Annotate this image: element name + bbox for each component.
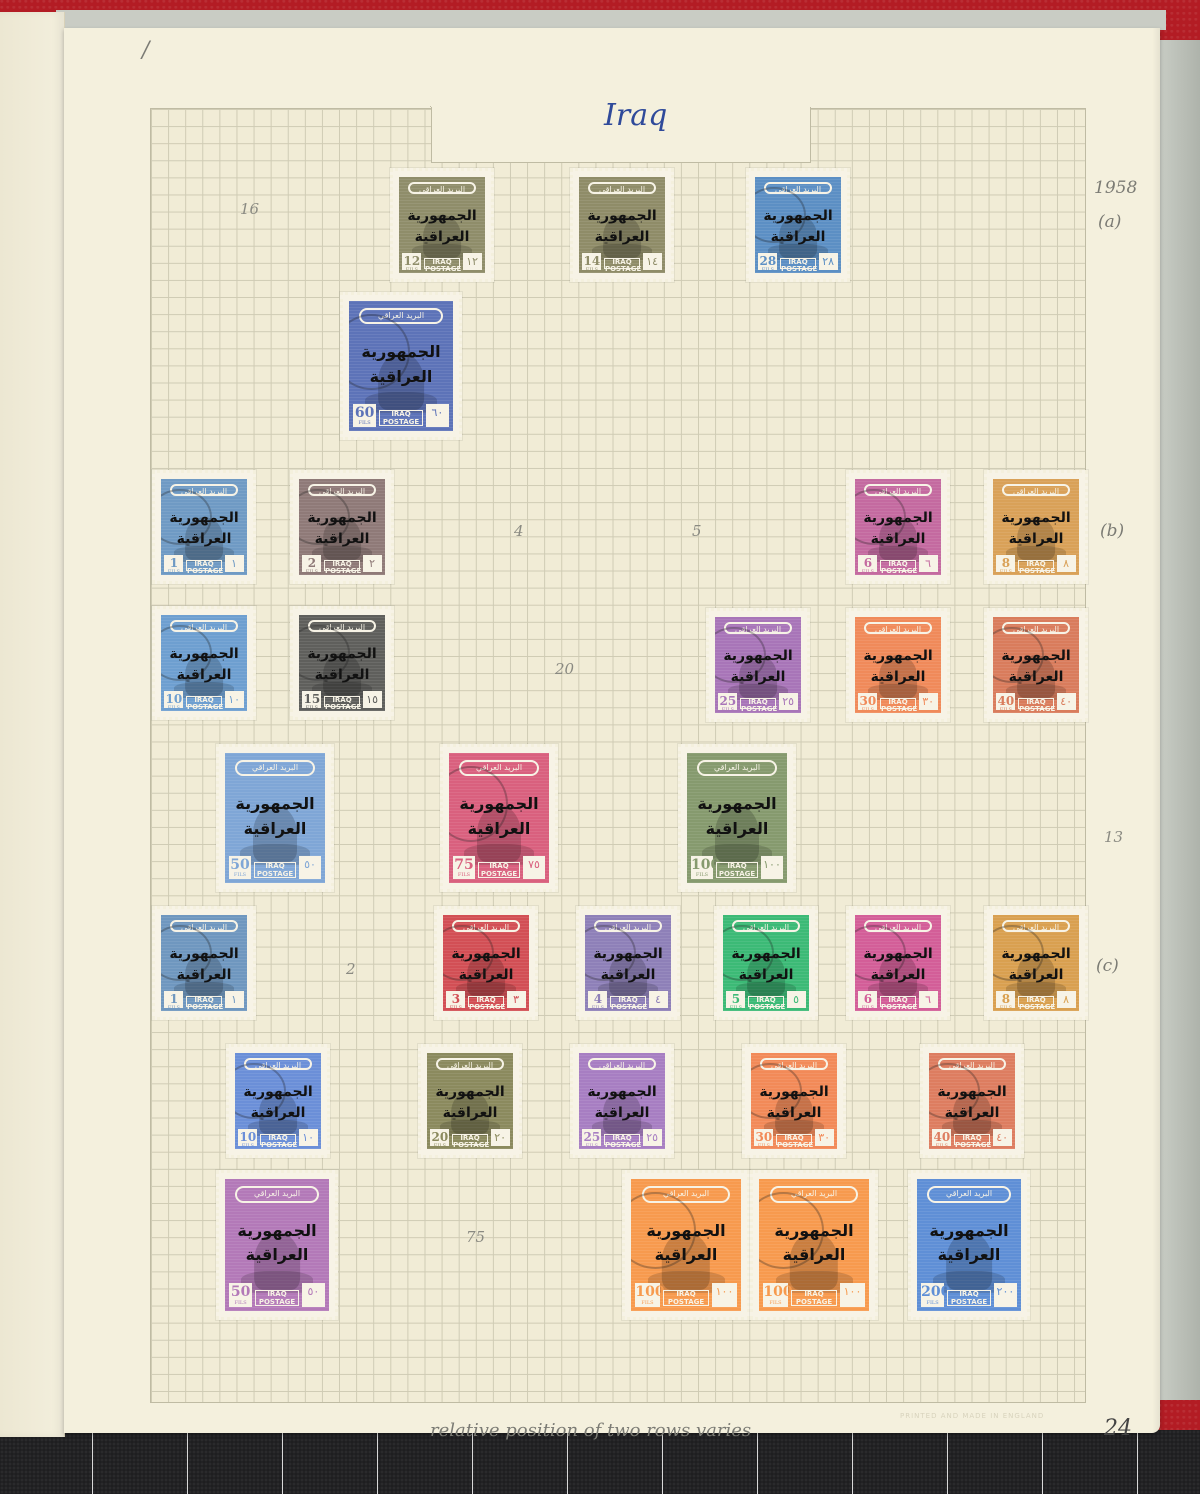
stamp-design: البريد العراقي الجمهوريةالعراقية 50FILS … [225, 753, 325, 883]
stamp-design: البريد العراقي الجمهوريةالعراقية 75FILS … [449, 753, 549, 883]
iraq-postage-label: IRAQPOSTAGE [780, 258, 816, 270]
stamp-6-fils: البريد العراقي الجمهوريةالعراقية 6FILS I… [846, 470, 950, 584]
value-latin: 8FILS [996, 555, 1015, 572]
stamp-25-fils: البريد العراقي الجمهوريةالعراقية 25FILS … [570, 1044, 674, 1158]
republic-overprint: الجمهوريةالعراقية [858, 646, 937, 689]
value-latin: 5FILS [726, 991, 745, 1008]
iraq-postage-label: IRAQPOSTAGE [716, 862, 758, 878]
stamp-design: البريد العراقي الجمهوريةالعراقية 25FILS … [715, 617, 801, 713]
value-latin: 75FILS [453, 856, 475, 879]
stamp-design: البريد العراقي الجمهوريةالعراقية 10FILS … [235, 1053, 321, 1149]
stamp-8-fils: البريد العراقي الجمهوريةالعراقية 8FILS I… [984, 470, 1088, 584]
iraq-postage-label: IRAQPOSTAGE [324, 560, 360, 572]
stamp-design: البريد العراقي الجمهوريةالعراقية 14FILS … [579, 177, 665, 273]
value-latin: 15FILS [302, 691, 321, 708]
value-arabic: ١ [225, 991, 244, 1008]
value-arabic: ١٢ [463, 253, 482, 270]
iraq-postage-label: IRAQPOSTAGE [186, 560, 222, 572]
value-latin: 12FILS [402, 253, 421, 270]
value-latin: 25FILS [718, 693, 737, 710]
value-latin: 10FILS [238, 1129, 257, 1146]
stamp-15-fils: البريد العراقي الجمهوريةالعراقية 15FILS … [290, 606, 394, 720]
republic-overprint: الجمهوريةالعراقية [430, 1082, 509, 1125]
pencil-count-75: 75 [466, 1228, 485, 1246]
stamp-10-fils: البريد العراقي الجمهوريةالعراقية 10FILS … [226, 1044, 330, 1158]
value-arabic: ٢٥ [779, 693, 798, 710]
stamp-banner: البريد العراقي [235, 760, 315, 777]
value-latin: 4FILS [588, 991, 607, 1008]
stamp-14-fils: البريد العراقي الجمهوريةالعراقية 14FILS … [570, 168, 674, 282]
stamp-30-fils: البريد العراقي الجمهوريةالعراقية 30FILS … [846, 608, 950, 722]
stamp-design: البريد العراقي الجمهوريةالعراقية 2FILS I… [299, 479, 385, 575]
iraq-postage-label: IRAQPOSTAGE [604, 1134, 640, 1146]
stamp-design: البريد العراقي الجمهوريةالعراقية 3FILS I… [443, 915, 529, 1011]
value-arabic: ٨ [1057, 991, 1076, 1008]
stamp-design: البريد العراقي الجمهوريةالعراقية 8FILS I… [993, 479, 1079, 575]
stamp-design: البريد العراقي الجمهوريةالعراقية 6FILS I… [855, 479, 941, 575]
stamp-30-fils: البريد العراقي الجمهوريةالعراقية 30FILS … [742, 1044, 846, 1158]
section-label-b: (b) [1100, 521, 1124, 541]
stamp-design: البريد العراقي الجمهوريةالعراقية 8FILS I… [993, 915, 1079, 1011]
value-latin: 2FILS [302, 555, 321, 572]
iraq-postage-label: IRAQPOSTAGE [255, 1290, 299, 1306]
iraq-postage-label: IRAQPOSTAGE [880, 560, 916, 572]
iraq-postage-label: IRAQPOSTAGE [478, 862, 520, 878]
value-arabic: ٤٠ [993, 1129, 1012, 1146]
republic-overprint: الجمهوريةالعراقية [582, 206, 661, 249]
value-latin: 14FILS [582, 253, 601, 270]
value-arabic: ١٠ [225, 691, 244, 708]
value-latin: 3FILS [446, 991, 465, 1008]
stamp-design: البريد العراقي الجمهوريةالعراقية 100FILS… [759, 1179, 869, 1311]
republic-overprint: الجمهوريةالعراقية [229, 1219, 325, 1269]
value-arabic: ٦٠ [426, 404, 449, 427]
interleaf-right-edge [1160, 40, 1200, 1400]
printer-imprint: PRINTED AND MADE IN ENGLAND [900, 1412, 1044, 1420]
stamp-50-fils: البريد العراقي الجمهوريةالعراقية 50FILS … [216, 744, 334, 892]
stamp-design: البريد العراقي الجمهوريةالعراقية 28FILS … [755, 177, 841, 273]
stamp-8-fils: البريد العراقي الجمهوريةالعراقية 8FILS I… [984, 906, 1088, 1020]
value-arabic: ٢٠٠ [994, 1283, 1017, 1307]
value-arabic: ١ [225, 555, 244, 572]
stamp-60-fils: البريد العراقي الجمهوريةالعراقية 60FILS … [340, 292, 462, 440]
value-arabic: ٢٥ [643, 1129, 662, 1146]
republic-overprint: الجمهوريةالعراقية [582, 1082, 661, 1125]
iraq-postage-label: IRAQPOSTAGE [468, 996, 504, 1008]
stamp-design: البريد العراقي الجمهوريةالعراقية 30FILS … [751, 1053, 837, 1149]
iraq-postage-label: IRAQPOSTAGE [740, 698, 776, 710]
stamp-75-fils: البريد العراقي الجمهوريةالعراقية 75FILS … [440, 744, 558, 892]
stamp-design: البريد العراقي الجمهوريةالعراقية 60FILS … [349, 301, 453, 431]
stamp-banner: البريد العراقي [697, 760, 777, 777]
value-latin: 6FILS [858, 555, 877, 572]
stamp-design: البريد العراقي الجمهوريةالعراقية 20FILS … [427, 1053, 513, 1149]
stamp-design: البريد العراقي الجمهوريةالعراقية 40FILS … [929, 1053, 1015, 1149]
value-arabic: ٦ [919, 555, 938, 572]
republic-overprint: الجمهوريةالعراقية [402, 206, 481, 249]
value-arabic: ٣ [507, 991, 526, 1008]
stamp-6-fils: البريد العراقي الجمهوريةالعراقية 6FILS I… [846, 906, 950, 1020]
value-latin: 50FILS [229, 856, 251, 879]
iraq-postage-label: IRAQPOSTAGE [452, 1134, 488, 1146]
stamp-10-fils: البريد العراقي الجمهوريةالعراقية 10FILS … [152, 606, 256, 720]
value-latin: 6FILS [858, 991, 877, 1008]
value-latin: 100FILS [691, 856, 713, 879]
stamp-4-fils: البريد العراقي الجمهوريةالعراقية 4FILS I… [576, 906, 680, 1020]
stamp-design: البريد العراقي الجمهوريةالعراقية 5FILS I… [723, 915, 809, 1011]
iraq-postage-label: IRAQPOSTAGE [604, 258, 640, 270]
stamp-design: البريد العراقي الجمهوريةالعراقية 200FILS… [917, 1179, 1021, 1311]
stamp-5-fils: البريد العراقي الجمهوريةالعراقية 5FILS I… [714, 906, 818, 1020]
stamp-40-fils: البريد العراقي الجمهوريةالعراقية 40FILS … [920, 1044, 1024, 1158]
iraq-postage-label: IRAQPOSTAGE [424, 258, 460, 270]
republic-overprint: الجمهوريةالعراقية [921, 1219, 1017, 1269]
stamp-design: البريد العراقي الجمهوريةالعراقية 15FILS … [299, 615, 385, 711]
value-arabic: ٢٠ [491, 1129, 510, 1146]
stamp-25-fils: البريد العراقي الجمهوريةالعراقية 25FILS … [706, 608, 810, 722]
section-label-a: (a) [1098, 212, 1121, 232]
iraq-postage-label: IRAQPOSTAGE [260, 1134, 296, 1146]
page-corner-mark: / [142, 38, 149, 63]
iraq-postage-label: IRAQPOSTAGE [610, 996, 646, 1008]
value-arabic: ١٠٠ [761, 856, 783, 879]
iraq-postage-label: IRAQPOSTAGE [791, 1290, 837, 1306]
value-latin: 100FILS [763, 1283, 787, 1307]
value-arabic: ٢٨ [819, 253, 838, 270]
stamp-banner: البريد العراقي [927, 1186, 1010, 1203]
value-arabic: ٢ [363, 555, 382, 572]
stamp-100-fils: البريد العراقي الجمهوريةالعراقية 100FILS… [750, 1170, 878, 1320]
stamp-design: البريد العراقي الجمهوريةالعراقية 6FILS I… [855, 915, 941, 1011]
value-latin: 40FILS [932, 1129, 951, 1146]
stamp-design: البريد العراقي الجمهوريةالعراقية 1FILS I… [161, 479, 247, 575]
iraq-postage-label: IRAQPOSTAGE [1018, 560, 1054, 572]
stamp-200-fils: البريد العراقي الجمهوريةالعراقية 200FILS… [908, 1170, 1030, 1320]
value-arabic: ١٥ [363, 691, 382, 708]
iraq-postage-label: IRAQPOSTAGE [1018, 698, 1054, 710]
previous-page-edge [0, 12, 65, 1437]
value-arabic: ١٠٠ [712, 1283, 736, 1307]
stamp-3-fils: البريد العراقي الجمهوريةالعراقية 3FILS I… [434, 906, 538, 1020]
pencil-count-5: 5 [692, 522, 702, 540]
stamp-design: البريد العراقي الجمهوريةالعراقية 10FILS … [161, 615, 247, 711]
value-arabic: ٥٠ [302, 1283, 325, 1307]
stamp-design: البريد العراقي الجمهوريةالعراقية 12FILS … [399, 177, 485, 273]
iraq-postage-label: IRAQPOSTAGE [748, 996, 784, 1008]
value-latin: 8FILS [996, 991, 1015, 1008]
iraq-postage-label: IRAQPOSTAGE [663, 1290, 709, 1306]
stamp-banner: البريد العراقي [864, 622, 933, 634]
stamp-40-fils: البريد العراقي الجمهوريةالعراقية 40FILS … [984, 608, 1088, 722]
stamp-banner: البريد العراقي [1002, 484, 1071, 496]
interleaf-top-edge [56, 10, 1166, 30]
stamp-design: البريد العراقي الجمهوريةالعراقية 4FILS I… [585, 915, 671, 1011]
value-latin: 1FILS [164, 991, 183, 1008]
stamp-50-fils: البريد العراقي الجمهوريةالعراقية 50FILS … [216, 1170, 338, 1320]
value-arabic: ٥٠ [299, 856, 321, 879]
stamp-design: البريد العراقي الجمهوريةالعراقية 100FILS… [687, 753, 787, 883]
country-heading: Iraq [604, 98, 667, 133]
pencil-count-2: 2 [346, 960, 356, 978]
stamp-banner: البريد العراقي [588, 1058, 657, 1070]
value-latin: 50FILS [229, 1283, 252, 1307]
value-arabic: ٣٠ [919, 693, 938, 710]
stamp-design: البريد العراقي الجمهوريةالعراقية 1FILS I… [161, 915, 247, 1011]
stamp-12-fils: البريد العراقي الجمهوريةالعراقية 12FILS … [390, 168, 494, 282]
stamp-design: البريد العراقي الجمهوريةالعراقية 40FILS … [993, 617, 1079, 713]
stamp-28-fils: البريد العراقي الجمهوريةالعراقية 28FILS … [746, 168, 850, 282]
iraq-postage-label: IRAQPOSTAGE [880, 698, 916, 710]
iraq-postage-label: IRAQPOSTAGE [186, 996, 222, 1008]
footer-note: relative position of two rows varies [430, 1420, 751, 1441]
value-arabic: ٤ [649, 991, 668, 1008]
value-arabic: ٤٠ [1057, 693, 1076, 710]
value-latin: 28FILS [758, 253, 777, 270]
iraq-postage-label: IRAQPOSTAGE [254, 862, 296, 878]
iraq-postage-label: IRAQPOSTAGE [954, 1134, 990, 1146]
stamp-2-fils: البريد العراقي الجمهوريةالعراقية 2FILS I… [290, 470, 394, 584]
stamp-banner: البريد العراقي [436, 1058, 505, 1070]
section-label-c: (c) [1096, 956, 1119, 976]
stamp-1-fils: البريد العراقي الجمهوريةالعراقية 1FILS I… [152, 470, 256, 584]
iraq-postage-label: IRAQPOSTAGE [776, 1134, 812, 1146]
stamp-banner: البريد العراقي [235, 1186, 318, 1203]
value-latin: 40FILS [996, 693, 1015, 710]
iraq-postage-label: IRAQPOSTAGE [947, 1290, 991, 1306]
iraq-postage-label: IRAQPOSTAGE [880, 996, 916, 1008]
pencil-count-16: 16 [240, 200, 259, 218]
year-note: 1958 [1094, 178, 1137, 198]
stamp-design: البريد العراقي الجمهوريةالعراقية 50FILS … [225, 1179, 329, 1311]
stamp-banner: البريد العراقي [588, 182, 657, 194]
stamp-design: البريد العراقي الجمهوريةالعراقية 30FILS … [855, 617, 941, 713]
iraq-postage-label: IRAQPOSTAGE [186, 696, 222, 708]
stamp-banner: البريد العراقي [408, 182, 477, 194]
value-latin: 25FILS [582, 1129, 601, 1146]
value-latin: 30FILS [858, 693, 877, 710]
value-latin: 30FILS [754, 1129, 773, 1146]
iraq-postage-label: IRAQPOSTAGE [324, 696, 360, 708]
pencil-count-20: 20 [555, 660, 574, 678]
stamp-1-fils: البريد العراقي الجمهوريةالعراقية 1FILS I… [152, 906, 256, 1020]
value-arabic: ٨ [1057, 555, 1076, 572]
value-latin: 1FILS [164, 555, 183, 572]
stamp-design: البريد العراقي الجمهوريةالعراقية 100FILS… [631, 1179, 741, 1311]
value-latin: 200FILS [921, 1283, 944, 1307]
republic-overprint: الجمهوريةالعراقية [996, 508, 1075, 551]
value-arabic: ٣٠ [815, 1129, 834, 1146]
value-latin: 10FILS [164, 691, 183, 708]
iraq-postage-label: IRAQPOSTAGE [1018, 996, 1054, 1008]
stamp-100-fils: البريد العراقي الجمهوريةالعراقية 100FILS… [622, 1170, 750, 1320]
value-latin: 60FILS [353, 404, 376, 427]
value-arabic: ١٠٠ [840, 1283, 864, 1307]
value-latin: 100FILS [635, 1283, 659, 1307]
value-arabic: ٧٥ [523, 856, 545, 879]
page-number: 24 [1104, 1416, 1132, 1441]
value-arabic: ٥ [787, 991, 806, 1008]
stamp-20-fils: البريد العراقي الجمهوريةالعراقية 20FILS … [418, 1044, 522, 1158]
stamp-100-fils: البريد العراقي الجمهوريةالعراقية 100FILS… [678, 744, 796, 892]
republic-overprint: الجمهوريةالعراقية [691, 792, 783, 842]
iraq-postage-label: IRAQPOSTAGE [379, 410, 423, 426]
republic-overprint: الجمهوريةالعراقية [229, 792, 321, 842]
value-arabic: ١٤ [643, 253, 662, 270]
pencil-count-13: 13 [1104, 828, 1123, 846]
value-arabic: ١٠ [299, 1129, 318, 1146]
stamp-design: البريد العراقي الجمهوريةالعراقية 25FILS … [579, 1053, 665, 1149]
value-arabic: ٦ [919, 991, 938, 1008]
pencil-count-4: 4 [514, 522, 524, 540]
value-latin: 20FILS [430, 1129, 449, 1146]
